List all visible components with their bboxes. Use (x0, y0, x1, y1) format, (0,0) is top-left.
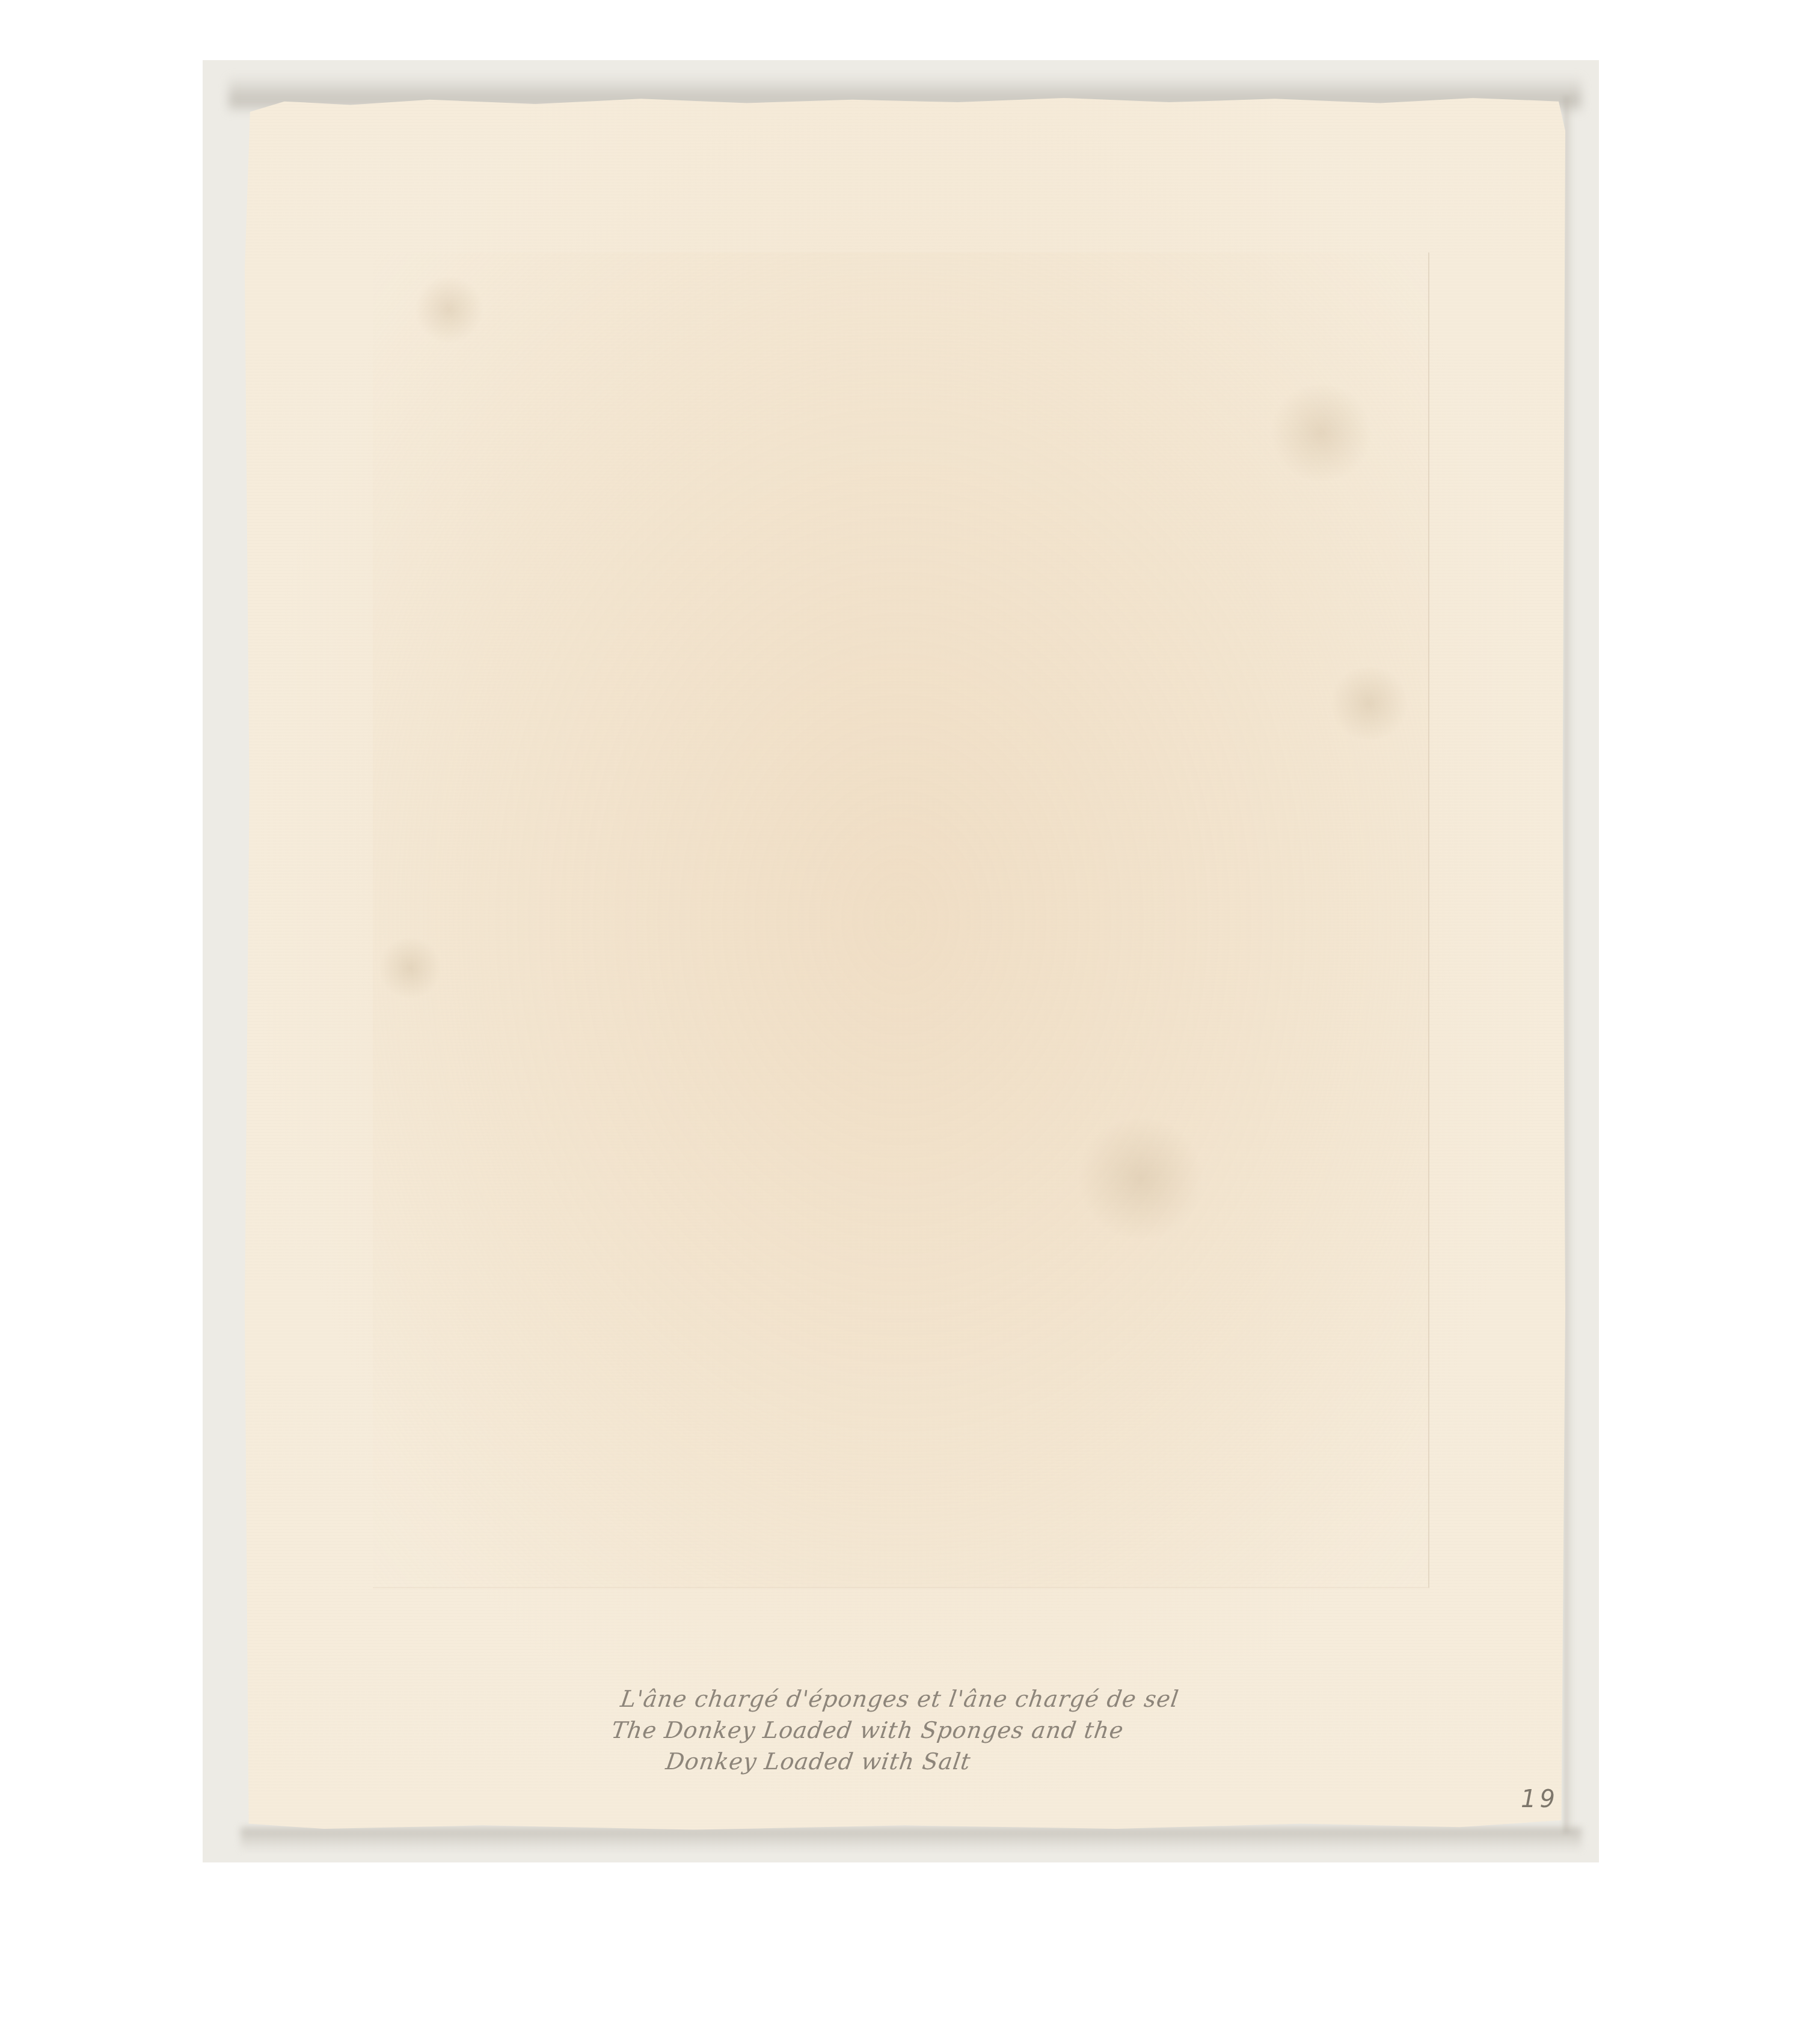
foxing-spot (413, 277, 485, 343)
foxing-spot (1327, 667, 1411, 739)
pencil-inscription: L'âne chargé d'éponges et l'âne chargé d… (610, 1683, 1405, 1777)
foxing-spot (377, 938, 443, 998)
paper-right-shadow (1563, 96, 1574, 1834)
inscription-line-english-1: The Donkey Loaded with Sponges and the (609, 1715, 1400, 1746)
page-number: 19 (1521, 1785, 1559, 1813)
foxing-spot (1267, 385, 1375, 481)
platemark-impression (373, 252, 1429, 1588)
paper-sheet: L'âne chargé d'éponges et l'âne chargé d… (245, 96, 1565, 1831)
paper-bottom-shadow (241, 1828, 1582, 1852)
inscription-line-english-2: Donkey Loaded with Salt (664, 1746, 1396, 1777)
foxing-spot (1075, 1118, 1207, 1238)
inscription-line-french: L'âne chargé d'éponges et l'âne chargé d… (619, 1683, 1405, 1715)
